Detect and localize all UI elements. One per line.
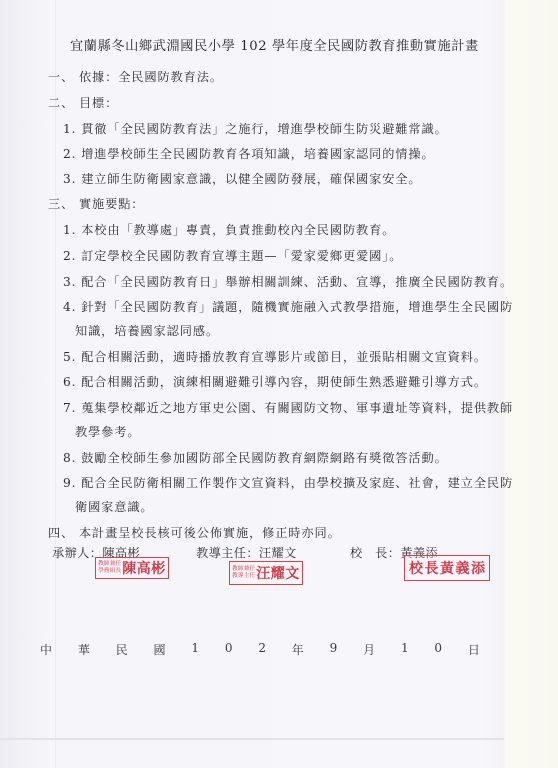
point-item-6: 6. 配合相關活動，演練相關避難引導內容，期使師生熟悉避難引導方式。 <box>63 373 487 390</box>
date-digit: 9 <box>330 641 338 658</box>
signature-director-label: 教導主任：汪耀文 <box>196 544 297 561</box>
goal-item-2: 2. 增進學校師生全民國防教育各項知識，培養國家認同的情操。 <box>63 145 435 162</box>
point-item-4-cont: 知識，培養國家認同感。 <box>75 322 219 339</box>
point-item-4: 4. 針對「全民國防教育」議題，隨機實施融入式教學措施，增進學生全民國防 <box>63 298 513 315</box>
date-digit: 1 <box>191 641 199 658</box>
scanned-page: 宜蘭縣冬山鄉武淵國民小學 102 學年度全民國防教育推動實施計畫 一、 依據：全… <box>0 0 558 768</box>
date-digit: 0 <box>225 641 233 658</box>
point-item-9-cont: 衛國家意識。 <box>75 498 154 515</box>
date-digit: 2 <box>258 641 266 658</box>
stamp-handler: 教師兼任 學務組長 陳高彬 <box>95 557 169 579</box>
stamp-director-title: 教師兼任 教導主任 <box>232 566 255 579</box>
section-4-approval: 四、 本計畫呈校長核可後公佈實施，修正時亦同。 <box>48 524 341 541</box>
point-item-3: 3. 配合「全民國防教育日」舉辦相關訓練、活動、宣導，推廣全民國防教育。 <box>63 273 513 290</box>
point-item-9: 9. 配合全民防衛相關工作製作文宣資料，由學校擴及家庭、社會，建立全民防 <box>63 474 513 491</box>
date-char: 中 <box>40 641 52 658</box>
section-3-points: 三、 實施要點： <box>48 195 144 212</box>
point-item-2: 2. 訂定學校全民國防教育宣導主題—「愛家愛鄉更愛國」。 <box>63 247 402 264</box>
section-1-basis: 一、 依據：全民國防教育法。 <box>48 68 223 85</box>
date-char: 年 <box>292 641 304 658</box>
date-char: 國 <box>154 641 166 658</box>
section-2-goals: 二、 目標： <box>48 94 118 111</box>
goal-item-1: 1. 貫徹「全民國防教育法」之施行，增進學校師生防災避難常識。 <box>63 120 448 137</box>
goal-item-3: 3. 建立師生防衛國家意識，以健全國防發展，確保國家安全。 <box>63 170 421 187</box>
date-char: 月 <box>363 641 375 658</box>
point-item-7: 7. 蒐集學校鄰近之地方軍史公園、有關國防文物、軍事遺址等資料，提供教師 <box>63 399 513 416</box>
date-char: 民 <box>116 641 128 658</box>
stamp-handler-title: 教師兼任 學務組長 <box>98 561 121 574</box>
point-item-7-cont: 教學參考。 <box>75 423 140 440</box>
date-line: 中 華 民 國 1 0 2 年 9 月 1 0 日 <box>40 641 480 658</box>
point-item-8: 8. 鼓勵全校師生參加國防部全民國防教育網際網路有獎徵答活動。 <box>63 449 448 466</box>
date-char: 華 <box>78 641 90 658</box>
point-item-1: 1. 本校由「教導處」專責，負責推動校內全民國防教育。 <box>63 221 395 238</box>
stamp-director-name: 汪耀文 <box>256 563 302 583</box>
date-digit: 1 <box>401 641 409 658</box>
date-digit: 0 <box>434 641 442 658</box>
stamp-principal: 校長黃義添 <box>404 555 490 581</box>
point-item-5: 5. 配合相關活動，適時播放教育宣導影片或節目，並張貼相關文宣資料。 <box>63 348 487 365</box>
stamp-director: 教師兼任 教導主任 汪耀文 <box>229 561 303 585</box>
stamp-principal-name: 校長黃義添 <box>409 558 489 578</box>
stamp-handler-name: 陳高彬 <box>122 558 168 578</box>
date-char: 日 <box>468 641 480 658</box>
document-title: 宜蘭縣冬山鄉武淵國民小學 102 學年度全民國防教育推動實施計畫 <box>70 35 470 54</box>
